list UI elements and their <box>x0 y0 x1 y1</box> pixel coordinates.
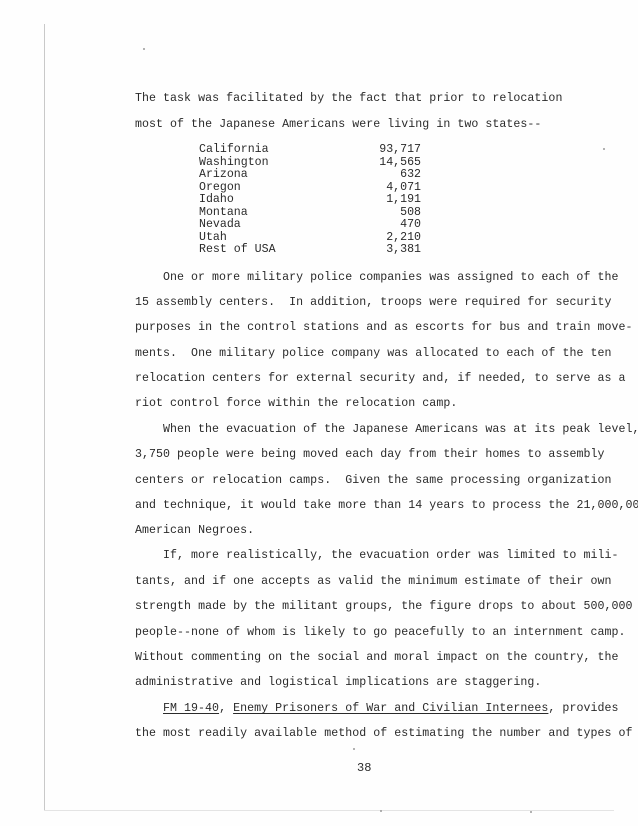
table-row: Montana508 <box>199 206 421 219</box>
paragraph-text: , provides <box>548 702 618 715</box>
table-row: Nevada470 <box>199 218 421 231</box>
paragraph-line: people--none of whom is likely to go pea… <box>135 626 626 639</box>
population-value: 3,381 <box>386 243 421 256</box>
table-row: Washington14,565 <box>199 156 421 169</box>
table-row: Idaho1,191 <box>199 193 421 206</box>
scan-speck <box>353 748 355 750</box>
paragraph-line: riot control force within the relocation… <box>135 397 457 410</box>
population-value: 4,071 <box>386 181 421 194</box>
paragraph-line: One or more military police companies wa… <box>163 271 618 284</box>
paragraph-line: 15 assembly centers. In addition, troops… <box>135 296 612 309</box>
paragraph-line: and technique, it would take more than 1… <box>135 499 638 512</box>
state-name: Oregon <box>199 181 241 194</box>
separator: , <box>219 702 233 715</box>
state-name: California <box>199 143 269 156</box>
paragraph-line: When the evacuation of the Japanese Amer… <box>163 423 638 436</box>
paragraph-line: tants, and if one accepts as valid the m… <box>135 575 612 588</box>
manual-reference: FM 19-40 <box>163 702 219 715</box>
scan-speck <box>530 811 532 813</box>
state-name: Nevada <box>199 218 241 231</box>
paragraph-line: If, more realistically, the evacuation o… <box>163 549 618 562</box>
state-name: Utah <box>199 231 227 244</box>
table-row: Rest of USA3,381 <box>199 243 421 256</box>
scan-bottom-edge <box>44 810 614 811</box>
table-row: Utah2,210 <box>199 231 421 244</box>
paragraph-line: FM 19-40, Enemy Prisoners of War and Civ… <box>163 702 619 715</box>
population-value: 2,210 <box>386 231 421 244</box>
scan-speck <box>143 48 145 50</box>
population-value: 508 <box>400 206 421 219</box>
state-name: Arizona <box>199 168 248 181</box>
document-page: The task was facilitated by the fact tha… <box>0 0 638 826</box>
paragraph-line: ments. One military police company was a… <box>135 347 612 360</box>
table-row: California93,717 <box>199 143 421 156</box>
paragraph-line: administrative and logistical implicatio… <box>135 676 541 689</box>
intro-line: most of the Japanese Americans were livi… <box>135 118 541 131</box>
paragraph-line: the most readily available method of est… <box>135 727 633 740</box>
paragraph-line: centers or relocation camps. Given the s… <box>135 474 612 487</box>
scan-margin-edge <box>44 24 45 810</box>
paragraph-line: strength made by the militant groups, th… <box>135 600 633 613</box>
manual-title: Enemy Prisoners of War and Civilian Inte… <box>233 702 548 715</box>
paragraph-line: purposes in the control stations and as … <box>135 321 633 334</box>
population-value: 93,717 <box>379 143 421 156</box>
state-name: Montana <box>199 206 248 219</box>
paragraph-line: relocation centers for external security… <box>135 372 626 385</box>
state-name: Washington <box>199 156 269 169</box>
page-number: 38 <box>357 761 371 775</box>
paragraph-line: American Negroes. <box>135 524 254 537</box>
table-row: Oregon4,071 <box>199 181 421 194</box>
population-value: 1,191 <box>386 193 421 206</box>
scan-speck <box>603 148 605 150</box>
population-value: 470 <box>400 218 421 231</box>
scan-speck <box>380 810 382 812</box>
state-name: Idaho <box>199 193 234 206</box>
state-name: Rest of USA <box>199 243 276 256</box>
table-row: Arizona632 <box>199 168 421 181</box>
paragraph-line: 3,750 people were being moved each day f… <box>135 448 605 461</box>
population-value: 632 <box>400 168 421 181</box>
population-value: 14,565 <box>379 156 421 169</box>
intro-line: The task was facilitated by the fact tha… <box>135 92 562 105</box>
paragraph-line: Without commenting on the social and mor… <box>135 651 619 664</box>
